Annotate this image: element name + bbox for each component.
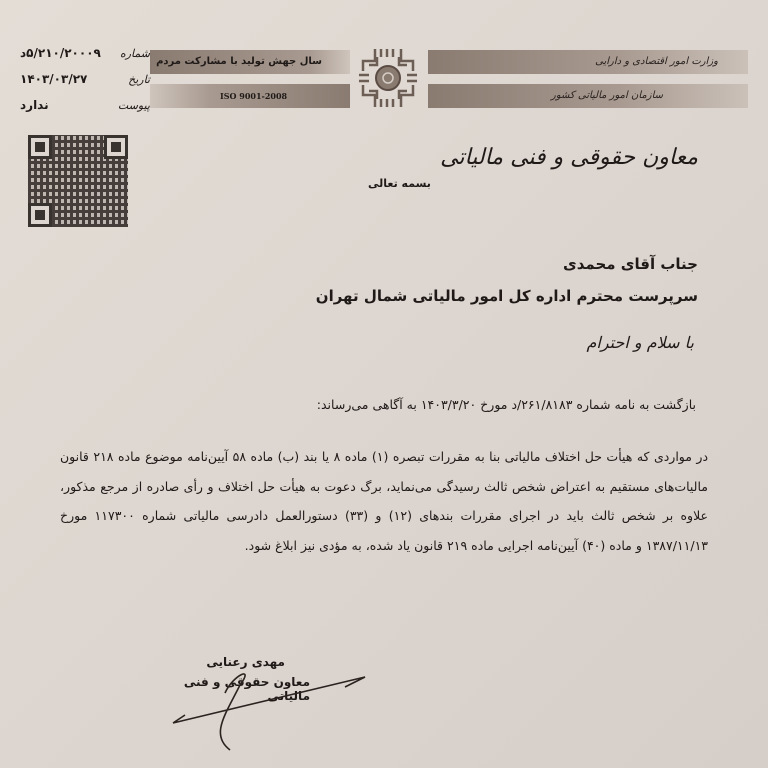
tax-organization-logo-icon (357, 45, 419, 111)
letter-date-row: تاریخ ۱۴۰۳/۰۳/۲۷ (20, 66, 150, 92)
intro-paragraph: بازگشت به نامه شماره ۲۶۱/۸۱۸۳/د مورخ ۱۴۰… (317, 397, 696, 412)
ministry-band: وزارت امور اقتصادی و دارایی (428, 50, 748, 74)
qr-finder-icon (104, 135, 128, 159)
handwritten-signature-icon (165, 645, 405, 755)
organization-band: سازمان امور مالیاتی کشور (428, 84, 748, 108)
department-heading: معاون حقوقی و فنی مالیاتی (440, 145, 698, 170)
ministry-text: وزارت امور اقتصادی و دارایی (595, 56, 718, 67)
letter-attachment-label: پیوست (118, 99, 150, 112)
iso-band: ISO 9001-2008 (150, 84, 350, 108)
letter-meta: شماره ۵/۲۱۰/۲۰۰۰۹د تاریخ ۱۴۰۳/۰۳/۲۷ پیوس… (20, 40, 150, 118)
letter-date-value: ۱۴۰۳/۰۳/۲۷ (20, 72, 87, 86)
organization-text: سازمان امور مالیاتی کشور (551, 90, 663, 101)
iso-text: ISO 9001-2008 (220, 91, 287, 101)
recipient-title: سرپرست محترم اداره کل امور مالیاتی شمال … (316, 287, 698, 305)
qr-finder-icon (28, 135, 52, 159)
letter-attachment-value: ندارد (20, 98, 49, 112)
slogan-text: سال جهش تولید با مشارکت مردم (156, 56, 322, 67)
qr-finder-icon (28, 203, 52, 227)
greeting: با سلام و احترام (586, 333, 694, 352)
letter-number-row: شماره ۵/۲۱۰/۲۰۰۰۹د (20, 40, 150, 66)
letter-date-label: تاریخ (128, 73, 150, 86)
letter-number-value: ۵/۲۱۰/۲۰۰۰۹د (20, 46, 101, 60)
slogan-band: سال جهش تولید با مشارکت مردم (150, 50, 350, 74)
signature-block: مهدی رعنایی معاون حقوقی و فنی مالیاتی (165, 645, 405, 755)
recipient-name: جناب آقای محمدی (563, 255, 698, 273)
qr-code-icon (28, 135, 128, 227)
letter-attachment-row: پیوست ندارد (20, 92, 150, 118)
basmala: بسمه تعالی (368, 177, 431, 190)
letter-number-label: شماره (120, 47, 150, 60)
body-paragraph: در مواردی که هیأت حل اختلاف مالیاتی بنا … (60, 442, 708, 560)
